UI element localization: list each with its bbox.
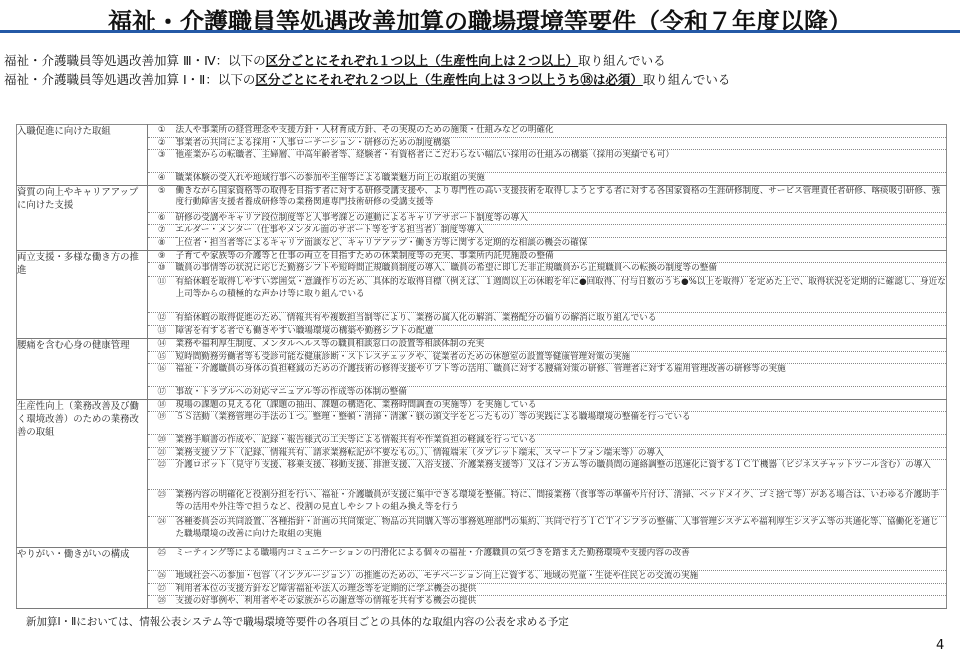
table-row: ㉔各種委員会の共同設置、各種指針・計画の共同策定、物品の共同購入等の事務処理部門… [17, 517, 947, 548]
table-row: 両立支援・多様な働き方の推進⑨子育てや家族等の介護等と仕事の両立を目指すための休… [17, 250, 947, 263]
item-number: ② [148, 137, 176, 150]
table-row: ⑲５Ｓ活動（業務管理の手法の１つ。整理・整頓・清掃・清潔・躾の頭文字をとったもの… [17, 412, 947, 435]
table-row: ⑮短時間勤務労働者等も受診可能な健康診断・ストレスチェックや、従業者のための休憩… [17, 351, 947, 364]
item-number: ⑱ [148, 399, 176, 412]
table-row: やりがい・働きがいの構成㉕ミーティング等による職場内コミュニケーションの円滑化に… [17, 548, 947, 571]
table-row: 資質の向上やキャリアアップに向けた支援⑤働きながら国家資格等の取得を目指す者に対… [17, 185, 947, 212]
requirement-emphasis: 区分ごとにそれぞれ１つ以上（生産性向上は２つ以上） [266, 53, 579, 68]
item-text: 業務や福利厚生制度、メンタルヘルス等の職員相談窓口の設置等相談体制の充実 [176, 339, 947, 352]
table-row: ㉑業務支援ソフト（記録、情報共有、請求業務転記が不要なもの。）、情報端末（タブレ… [17, 447, 947, 460]
table-row: ②事業者の共同による採用・人事ローテーション・研修のための制度構築 [17, 137, 947, 150]
table-row: ⑰事故・トラブルへの対応マニュアル等の作成等の体制の整備 [17, 387, 947, 400]
item-number: ④ [148, 173, 176, 186]
item-number: ㉑ [148, 447, 176, 460]
table-row: 入職促進に向けた取組①法人や事業所の経営理念や支援方針・人材育成方針、その実現の… [17, 125, 947, 138]
item-number: ⑪ [148, 277, 176, 313]
item-number: ⑮ [148, 351, 176, 364]
item-text: 法人や事業所の経営理念や支援方針・人材育成方針、その実現のための施策・仕組みなど… [176, 125, 947, 138]
item-text: ５Ｓ活動（業務管理の手法の１つ。整理・整頓・清掃・清潔・躾の頭文字をとったもの）… [176, 412, 947, 435]
item-text: 職員の事情等の状況に応じた勤務シフトや短時間正規職員制度の導入、職員の希望に即し… [176, 263, 947, 277]
item-number: ⑥ [148, 212, 176, 225]
item-number: ㉖ [148, 571, 176, 584]
item-text: 有給休暇を取得しやすい雰囲気・意識作りのため、具体的な取得目標（例えば、１週間以… [176, 277, 947, 313]
requirement-prefix: 福祉・介護職員等処遇改善加算 Ⅲ・Ⅳ：以下の [4, 53, 266, 68]
item-text: 現場の課題の見える化（課題の抽出、課題の構造化、業務時間調査の実施等）を実施して… [176, 399, 947, 412]
item-text: 福祉・介護職員の身体の負担軽減のための介護技術の修得支援やリフト等の活用、職員に… [176, 364, 947, 387]
item-text: 支援の好事例や、利用者やその家族からの謝意等の情報を共有する機会の提供 [176, 596, 947, 609]
table-row: ⑯福祉・介護職員の身体の負担軽減のための介護技術の修得支援やリフト等の活用、職員… [17, 364, 947, 387]
item-number: ⑲ [148, 412, 176, 435]
item-text: 業務内容の明確化と役割分担を行い、福祉・介護職員が支援に集中できる環境を整備。特… [176, 490, 947, 517]
item-number: ⑤ [148, 185, 176, 212]
item-number: ㉘ [148, 596, 176, 609]
item-number: ⑦ [148, 225, 176, 238]
item-number: ⑫ [148, 313, 176, 326]
table-row: ⑧上位者・担当者等によるキャリア面談など、キャリアアップ・働き方等に関する定期的… [17, 237, 947, 250]
category-label: 生産性向上（業務改善及び働く環境改善）のための業務改善の取組 [17, 399, 148, 548]
item-text: 短時間勤務労働者等も受診可能な健康診断・ストレスチェックや、従業者のための休憩室… [176, 351, 947, 364]
table-row: ⑫有給休暇の取得促進のため、情報共有や複数担当制等により、業務の属人化の解消、業… [17, 313, 947, 326]
requirement-line-2: 福祉・介護職員等処遇改善加算 Ⅰ・Ⅱ：以下の区分ごとにそれぞれ２つ以上（生産性向… [4, 70, 730, 88]
table-row: ㉗利用者本位の支援方針など障害福祉や法人の理念等を定期的に学ぶ機会の提供 [17, 583, 947, 596]
requirement-suffix: 取り組んでいる [643, 72, 731, 87]
item-text: 地域社会への参加・包容（インクルージョン）の推進のための、モチベーション向上に資… [176, 571, 947, 584]
item-number: ⑬ [148, 326, 176, 339]
table-row: ⑩職員の事情等の状況に応じた勤務シフトや短時間正規職員制度の導入、職員の希望に即… [17, 263, 947, 277]
table-row: ㉖地域社会への参加・包容（インクルージョン）の推進のための、モチベーション向上に… [17, 571, 947, 584]
requirements-table-body: 入職促進に向けた取組①法人や事業所の経営理念や支援方針・人材育成方針、その実現の… [17, 125, 947, 609]
item-text: 事業者の共同による採用・人事ローテーション・研修のための制度構築 [176, 137, 947, 150]
item-number: ⑯ [148, 364, 176, 387]
item-text: 障害を有する者でも働きやすい職場環境の構築や勤務シフトの配慮 [176, 326, 947, 339]
requirement-suffix: 取り組んでいる [578, 53, 666, 68]
item-number: ⑧ [148, 237, 176, 250]
table-row: ⑳業務手順書の作成や、記録・報告様式の工夫等による情報共有や作業負担の軽減を行っ… [17, 435, 947, 448]
footnote: 新加算Ⅰ・Ⅱにおいては、情報公表システム等で職場環境等要件の各項目ごとの具体的な… [26, 614, 569, 629]
table-row: ㉒介護ロボット（見守り支援、移乗支援、移動支援、排泄支援、入浴支援、介護業務支援… [17, 460, 947, 490]
item-number: ㉓ [148, 490, 176, 517]
category-label: 両立支援・多様な働き方の推進 [17, 250, 148, 339]
item-number: ⑳ [148, 435, 176, 448]
category-label: やりがい・働きがいの構成 [17, 548, 148, 609]
table-row: ㉓業務内容の明確化と役割分担を行い、福祉・介護職員が支援に集中できる環境を整備。… [17, 490, 947, 517]
item-text: 業務手順書の作成や、記録・報告様式の工夫等による情報共有や作業負担の軽減を行って… [176, 435, 947, 448]
requirement-prefix: 福祉・介護職員等処遇改善加算 Ⅰ・Ⅱ：以下の [4, 72, 255, 87]
table-row: ⑦エルダー・メンター（仕事やメンタル面のサポート等をする担当者）制度等導入 [17, 225, 947, 238]
table-row: 生産性向上（業務改善及び働く環境改善）のための業務改善の取組⑱現場の課題の見える… [17, 399, 947, 412]
item-text: 子育てや家族等の介護等と仕事の両立を目指すための休業制度等の充実、事業所内託児施… [176, 250, 947, 263]
table-row: 腰痛を含む心身の健康管理⑭業務や福利厚生制度、メンタルヘルス等の職員相談窓口の設… [17, 339, 947, 352]
item-number: ③ [148, 150, 176, 173]
item-text: 業務支援ソフト（記録、情報共有、請求業務転記が不要なもの。）、情報端末（タブレッ… [176, 447, 947, 460]
item-number: ㉕ [148, 548, 176, 571]
item-number: ㉔ [148, 517, 176, 548]
item-text: エルダー・メンター（仕事やメンタル面のサポート等をする担当者）制度等導入 [176, 225, 947, 238]
category-label: 入職促進に向けた取組 [17, 125, 148, 186]
item-text: ミーティング等による職場内コミュニケーションの円滑化による個々の福祉・介護職員の… [176, 548, 947, 571]
item-text: 職業体験の受入れや地域行事への参加や主催等による職業魅力向上の取組の実施 [176, 173, 947, 186]
table-row: ⑥研修の受講やキャリア段位制度等と人事考課との連動によるキャリアサポート制度等の… [17, 212, 947, 225]
item-text: 介護ロボット（見守り支援、移乗支援、移動支援、排泄支援、入浴支援、介護業務支援等… [176, 460, 947, 490]
item-text: 有給休暇の取得促進のため、情報共有や複数担当制等により、業務の属人化の解消、業務… [176, 313, 947, 326]
table-row: ⑪有給休暇を取得しやすい雰囲気・意識作りのため、具体的な取得目標（例えば、１週間… [17, 277, 947, 313]
item-text: 他産業からの転職者、主婦層、中高年齢者等、経験者・有資格者にこだわらない幅広い採… [176, 150, 947, 173]
item-text: 利用者本位の支援方針など障害福祉や法人の理念等を定期的に学ぶ機会の提供 [176, 583, 947, 596]
item-number: ⑨ [148, 250, 176, 263]
table-row: ④職業体験の受入れや地域行事への参加や主催等による職業魅力向上の取組の実施 [17, 173, 947, 186]
item-text: 事故・トラブルへの対応マニュアル等の作成等の体制の整備 [176, 387, 947, 400]
category-label: 腰痛を含む心身の健康管理 [17, 339, 148, 400]
item-text: 上位者・担当者等によるキャリア面談など、キャリアアップ・働き方等に関する定期的な… [176, 237, 947, 250]
requirement-line-1: 福祉・介護職員等処遇改善加算 Ⅲ・Ⅳ：以下の区分ごとにそれぞれ１つ以上（生産性向… [4, 51, 666, 69]
page-number: 4 [936, 638, 944, 653]
requirement-emphasis: 区分ごとにそれぞれ２つ以上（生産性向上は３つ以上うち⑱は必須） [255, 72, 643, 87]
item-number: ⑰ [148, 387, 176, 400]
item-text: 研修の受講やキャリア段位制度等と人事考課との連動によるキャリアサポート制度等の導… [176, 212, 947, 225]
requirements-table: 入職促進に向けた取組①法人や事業所の経営理念や支援方針・人材育成方針、その実現の… [16, 124, 947, 609]
table-row: ㉘支援の好事例や、利用者やその家族からの謝意等の情報を共有する機会の提供 [17, 596, 947, 609]
item-number: ⑩ [148, 263, 176, 277]
table-row: ③他産業からの転職者、主婦層、中高年齢者等、経験者・有資格者にこだわらない幅広い… [17, 150, 947, 173]
table-row: ⑬障害を有する者でも働きやすい職場環境の構築や勤務シフトの配慮 [17, 326, 947, 339]
item-number: ⑭ [148, 339, 176, 352]
category-label: 資質の向上やキャリアアップに向けた支援 [17, 185, 148, 250]
item-text: 各種委員会の共同設置、各種指針・計画の共同策定、物品の共同購入等の事務処理部門の… [176, 517, 947, 548]
item-number: ㉗ [148, 583, 176, 596]
item-number: ① [148, 125, 176, 138]
item-number: ㉒ [148, 460, 176, 490]
item-text: 働きながら国家資格等の取得を目指す者に対する研修受講支援や、より専門性の高い支援… [176, 185, 947, 212]
title-underline-rule [0, 30, 960, 33]
